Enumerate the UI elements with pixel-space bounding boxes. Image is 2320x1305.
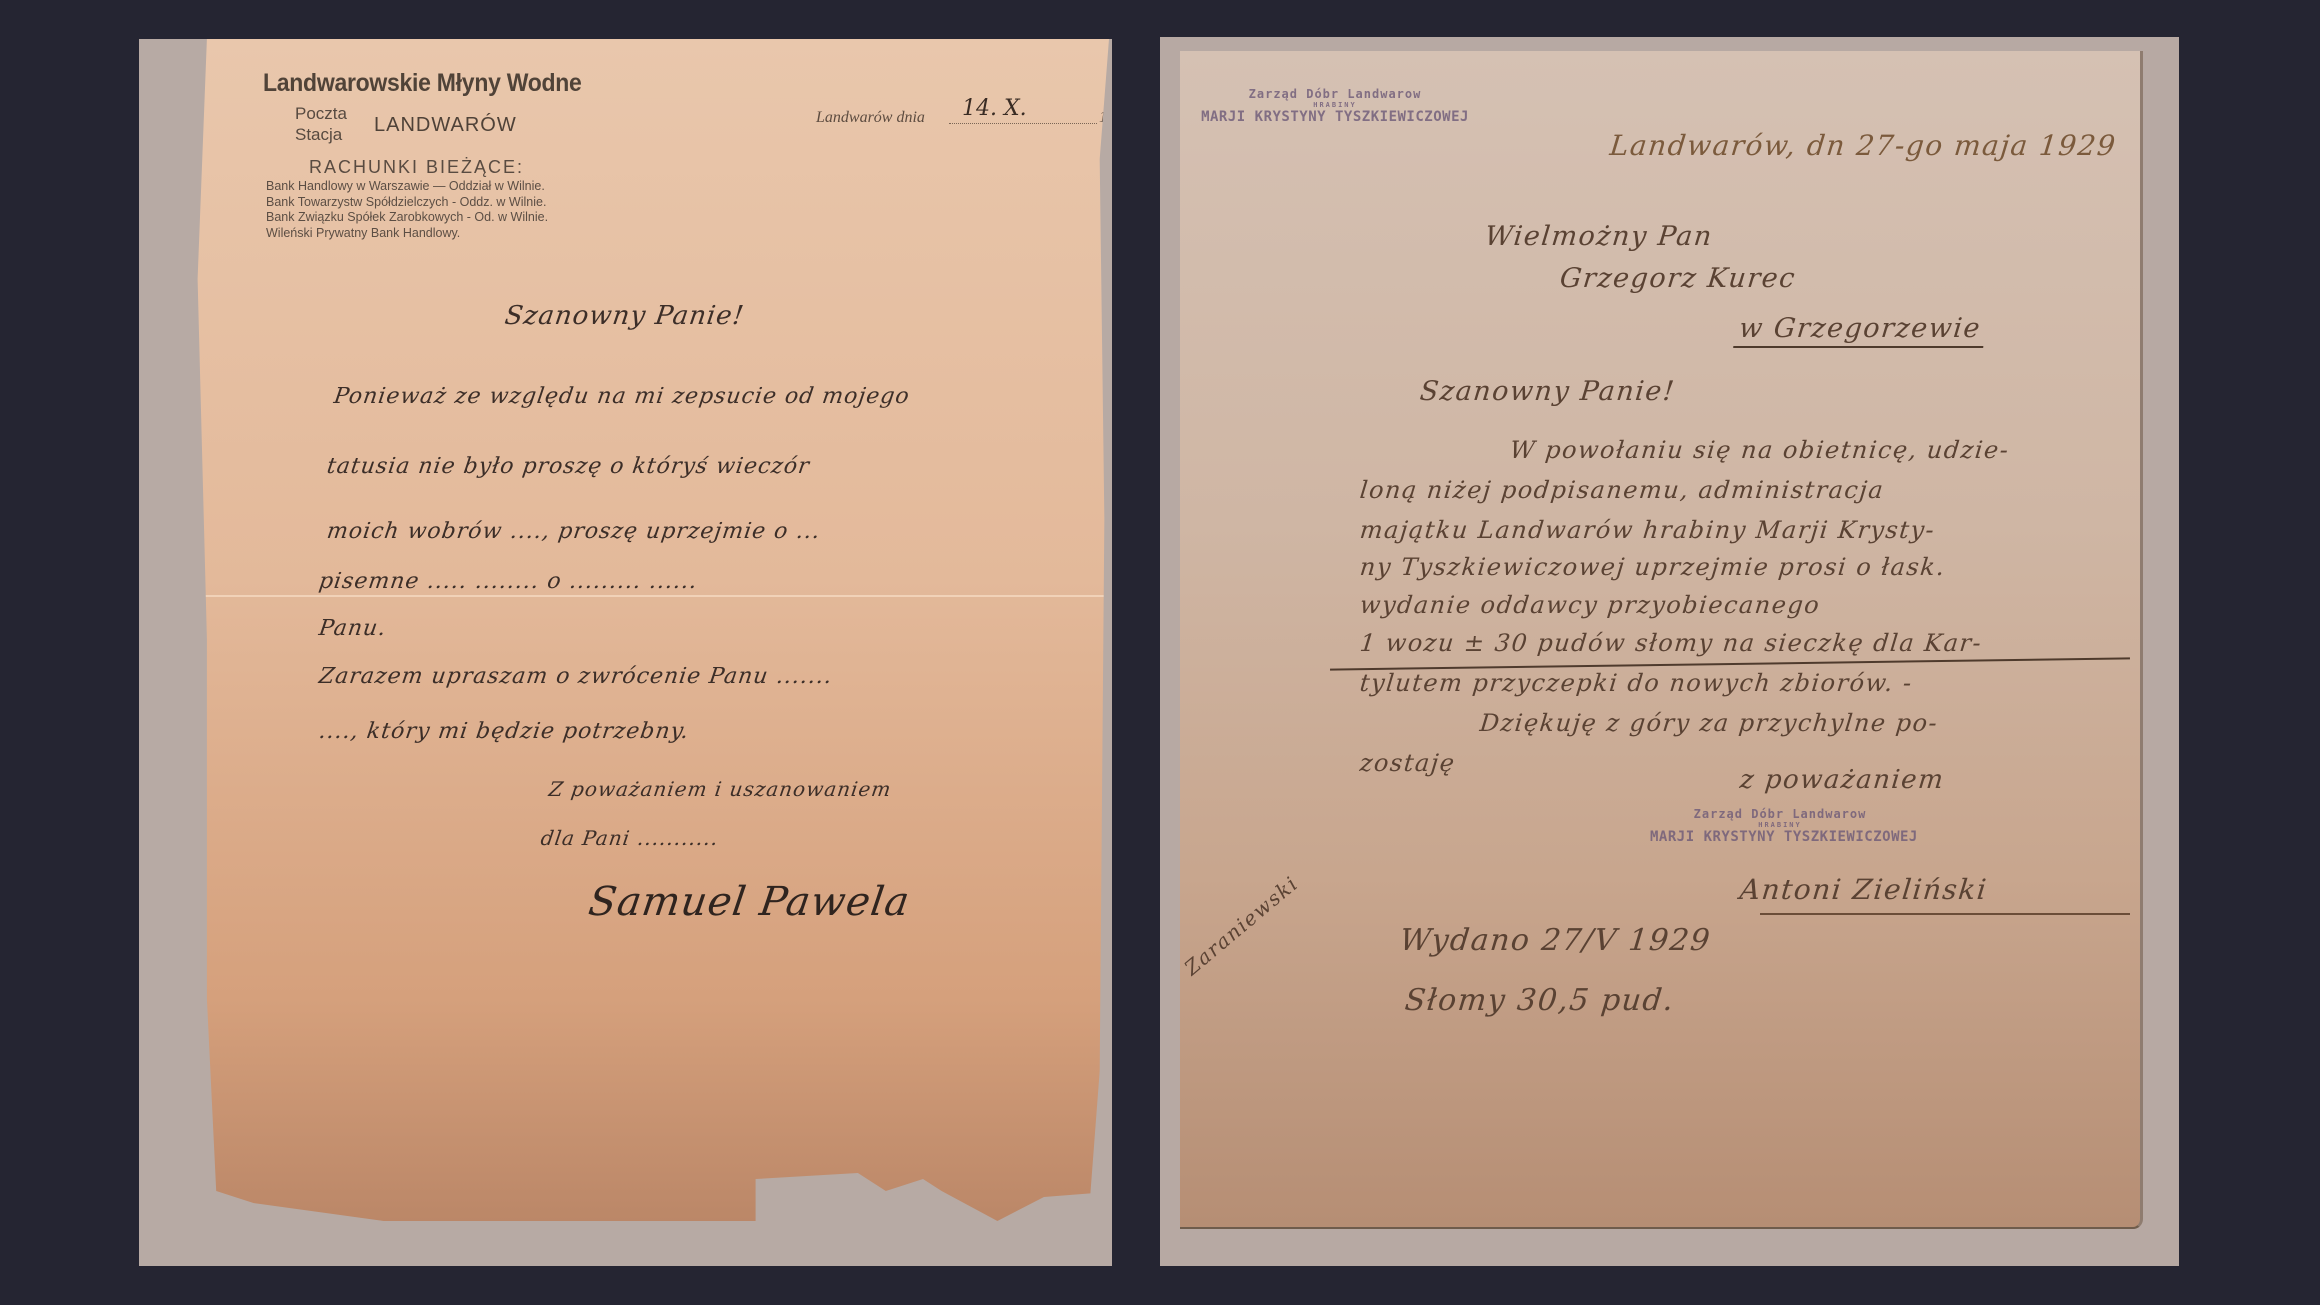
administration-stamp-bottom: Zarząd Dóbr Landwarow HRABINY MARJI KRYS…: [1650, 807, 1910, 845]
closing-line: dla Pani ...........: [539, 826, 720, 850]
letterhead-bank-list: Bank Handlowy w Warszawie — Oddział w Wi…: [266, 179, 548, 241]
bank-line: Bank Związku Spółek Zarobkowych - Od. w …: [266, 210, 548, 226]
place-date-label: Landwarów dnia: [816, 109, 925, 127]
addressee-line: Grzegorz Kurec: [1558, 263, 1797, 294]
stamp-line: HRABINY: [1650, 821, 1910, 829]
bank-line: Bank Handlowy w Warszawie — Oddział w Wi…: [266, 179, 548, 195]
salutation: Szanowny Panie!: [1418, 376, 1676, 407]
station-label: Stacja: [295, 124, 347, 145]
addressee-line: Wielmożny Pan: [1483, 221, 1714, 252]
photo-right-letter: Zarząd Dóbr Landwarow HRABINY MARJI KRYS…: [1160, 37, 2179, 1266]
addressee-line: w Grzegorzewie: [1733, 313, 1986, 348]
stamp-line: MARJI KRYSTYNY TYSZKIEWICZOWEJ: [1200, 109, 1470, 125]
body-line: majątku Landwarów hrabiny Marji Krysty-: [1359, 516, 1937, 544]
quantity-annotation: Słomy 30,5 pud.: [1403, 983, 1676, 1018]
side-annotation: Zaraniewski: [1180, 871, 1303, 980]
body-line: ...., który mi będzie potrzebny.: [317, 719, 691, 744]
place-date: Landwarów, dn 27-go maja 1929: [1608, 129, 2118, 162]
body-line: ny Tyszkiewiczowej uprzejmie prosi o łas…: [1359, 553, 1948, 581]
body-line: W powołaniu się na obietnicę, udzie-: [1509, 436, 2011, 464]
letterhead-accounts-title: RACHUNKI BIEŻĄCE:: [309, 157, 524, 178]
closing-line: Z poważaniem i uszanowaniem: [547, 777, 893, 801]
letterhead-post-station: Poczta Stacja: [295, 103, 347, 145]
letter-sheet-left: Landwarowskie Młyny Wodne Poczta Stacja …: [179, 39, 1109, 1239]
signature-flourish: [1760, 913, 2130, 915]
bank-line: Wileński Prywatny Bank Handlowy.: [266, 226, 548, 242]
signature: Antoni Zieliński: [1738, 873, 1989, 906]
bank-line: Bank Towarzystw Spółdzielczych - Oddz. w…: [266, 195, 548, 211]
body-line: pisemne ..... ........ o ......... .....…: [317, 569, 699, 594]
letter-sheet-right: Zarząd Dóbr Landwarow HRABINY MARJI KRYS…: [1180, 51, 2143, 1229]
body-line: Panu.: [317, 616, 388, 641]
date-dotted-line: [949, 123, 1097, 124]
body-line: moich wobrów ...., proszę uprzejmie o ..…: [325, 519, 822, 544]
stamp-line: Zarząd Dóbr Landwarow: [1200, 87, 1470, 101]
closing: z poważaniem: [1738, 765, 1945, 795]
stamp-line: MARJI KRYSTYNY TYSZKIEWICZOWEJ: [1650, 829, 1910, 845]
stamp-line: Zarząd Dóbr Landwarow: [1650, 807, 1910, 821]
issued-annotation: Wydano 27/V 1929: [1398, 923, 1713, 958]
body-line: loną niżej podpisanemu, administracja: [1359, 476, 1886, 504]
body-line-highlighted: 1 wozu ± 30 pudów słomy na sieczkę dla K…: [1359, 629, 1984, 657]
body-line: Ponieważ ze względu na mi zepsucie od mo…: [332, 384, 911, 409]
post-label: Poczta: [295, 103, 347, 124]
salutation: Szanowny Panie!: [503, 301, 746, 331]
body-line: wydanie oddawcy przyobiecanego: [1359, 591, 1822, 619]
body-line: tatusia nie było proszę o któryś wieczór: [325, 454, 811, 479]
signature: Samuel Pawela: [586, 879, 913, 925]
handwritten-date: 14. X.: [962, 96, 1027, 121]
letterhead-company: Landwarowskie Młyny Wodne: [263, 69, 582, 98]
body-line: Dziękuję z góry za przychylne po-: [1479, 709, 1940, 737]
letterhead-city: LANDWARÓW: [374, 114, 517, 137]
body-line: Zarazem upraszam o zwrócenie Panu ......…: [317, 664, 834, 689]
body-line: zostaję: [1359, 749, 1457, 777]
photo-left-letter: Landwarowskie Młyny Wodne Poczta Stacja …: [139, 39, 1112, 1266]
printed-year: 192: [1099, 109, 1112, 127]
body-line: tylutem przyczepki do nowych zbiorów. -: [1359, 669, 1915, 697]
administration-stamp-top: Zarząd Dóbr Landwarow HRABINY MARJI KRYS…: [1200, 87, 1470, 125]
stamp-line: HRABINY: [1200, 101, 1470, 109]
